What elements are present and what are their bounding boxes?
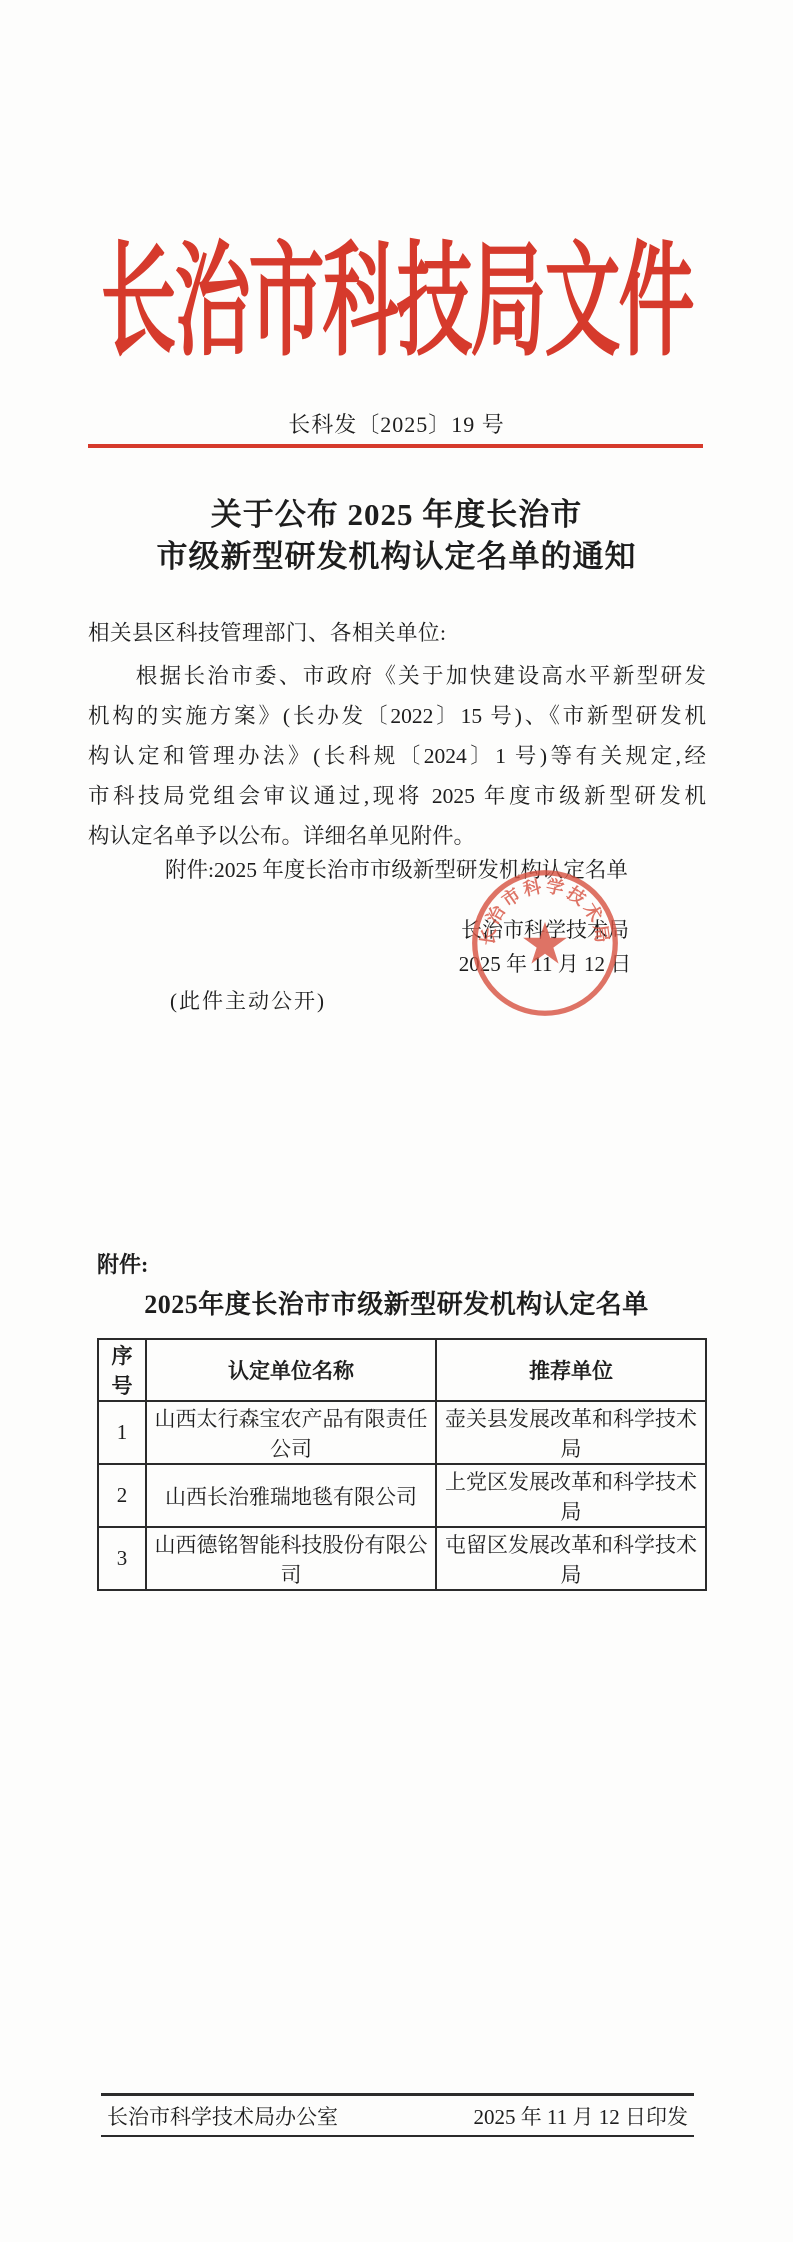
footer-line: 长治市科学技术局办公室 2025 年 11 月 12 日印发 <box>101 2101 694 2131</box>
attachment-label: 附件: <box>97 1248 148 1279</box>
cell-seq: 1 <box>98 1401 146 1464</box>
roster-table-wrapper: 序号 认定单位名称 推荐单位 1 山西太行森宝农产品有限责任公司 壶关县发展改革… <box>97 1338 707 1591</box>
attachment-table-title: 2025年度长治市市级新型研发机构认定名单 <box>0 1284 793 1321</box>
official-document-page: 长治市科技局文件 长科发〔2025〕19 号 关于公布 2025 年度长治市 市… <box>0 0 793 2242</box>
body-line: 构认定和管理办法》(长科规〔2024〕1 号)等有关规定,经 <box>88 736 706 776</box>
table-row: 1 山西太行森宝农产品有限责任公司 壶关县发展改革和科学技术局 <box>98 1401 706 1464</box>
document-title: 关于公布 2025 年度长治市 市级新型研发机构认定名单的通知 <box>0 494 793 578</box>
cell-recommender: 上党区发展改革和科学技术局 <box>436 1464 706 1527</box>
cell-seq: 2 <box>98 1464 146 1527</box>
seal-star-icon <box>523 922 567 964</box>
cell-seq: 3 <box>98 1527 146 1590</box>
official-seal: 长治市科学技术局 <box>466 866 624 1020</box>
table-header-row: 序号 认定单位名称 推荐单位 <box>98 1339 706 1401</box>
letterhead-divider-rule <box>88 444 703 448</box>
document-number: 长科发〔2025〕19 号 <box>0 408 793 439</box>
header-seq: 序号 <box>98 1339 146 1401</box>
document-title-line1: 关于公布 2025 年度长治市 <box>0 494 793 536</box>
table-row: 2 山西长治雅瑞地毯有限公司 上党区发展改革和科学技术局 <box>98 1464 706 1527</box>
footer-rule-bottom <box>101 2135 694 2137</box>
body-line: 构认定名单予以公布。详细名单见附件。 <box>88 816 706 856</box>
header-recommender: 推荐单位 <box>436 1339 706 1401</box>
body-line: 机构的实施方案》(长办发〔2022〕15 号)、《市新型研发机 <box>88 696 706 736</box>
cell-recommender: 壶关县发展改革和科学技术局 <box>436 1401 706 1464</box>
document-title-line2: 市级新型研发机构认定名单的通知 <box>0 536 793 578</box>
cell-unit-name: 山西长治雅瑞地毯有限公司 <box>146 1464 436 1527</box>
disclosure-note: (此件主动公开) <box>170 985 326 1015</box>
table-row: 3 山西德铭智能科技股份有限公司 屯留区发展改革和科学技术局 <box>98 1527 706 1590</box>
body-paragraph: 根据长治市委、市政府《关于加快建设高水平新型研发 机构的实施方案》(长办发〔20… <box>88 656 706 856</box>
print-date: 2025 年 11 月 12 日印发 <box>474 2101 688 2131</box>
footer-rule-top <box>101 2093 694 2096</box>
cell-unit-name: 山西德铭智能科技股份有限公司 <box>146 1527 436 1590</box>
issuing-office: 长治市科学技术局办公室 <box>107 2101 338 2131</box>
cell-unit-name: 山西太行森宝农产品有限责任公司 <box>146 1401 436 1464</box>
body-line: 根据长治市委、市政府《关于加快建设高水平新型研发 <box>88 656 706 696</box>
roster-table: 序号 认定单位名称 推荐单位 1 山西太行森宝农产品有限责任公司 壶关县发展改革… <box>97 1338 707 1591</box>
header-unit-name: 认定单位名称 <box>146 1339 436 1401</box>
salutation: 相关县区科技管理部门、各相关单位: <box>88 616 706 647</box>
agency-letterhead-text: 长治市科技局文件 <box>101 240 693 366</box>
agency-letterhead: 长治市科技局文件 <box>0 240 793 318</box>
cell-recommender: 屯留区发展改革和科学技术局 <box>436 1527 706 1590</box>
body-line: 市科技局党组会审议通过,现将 2025 年度市级新型研发机 <box>88 776 706 816</box>
